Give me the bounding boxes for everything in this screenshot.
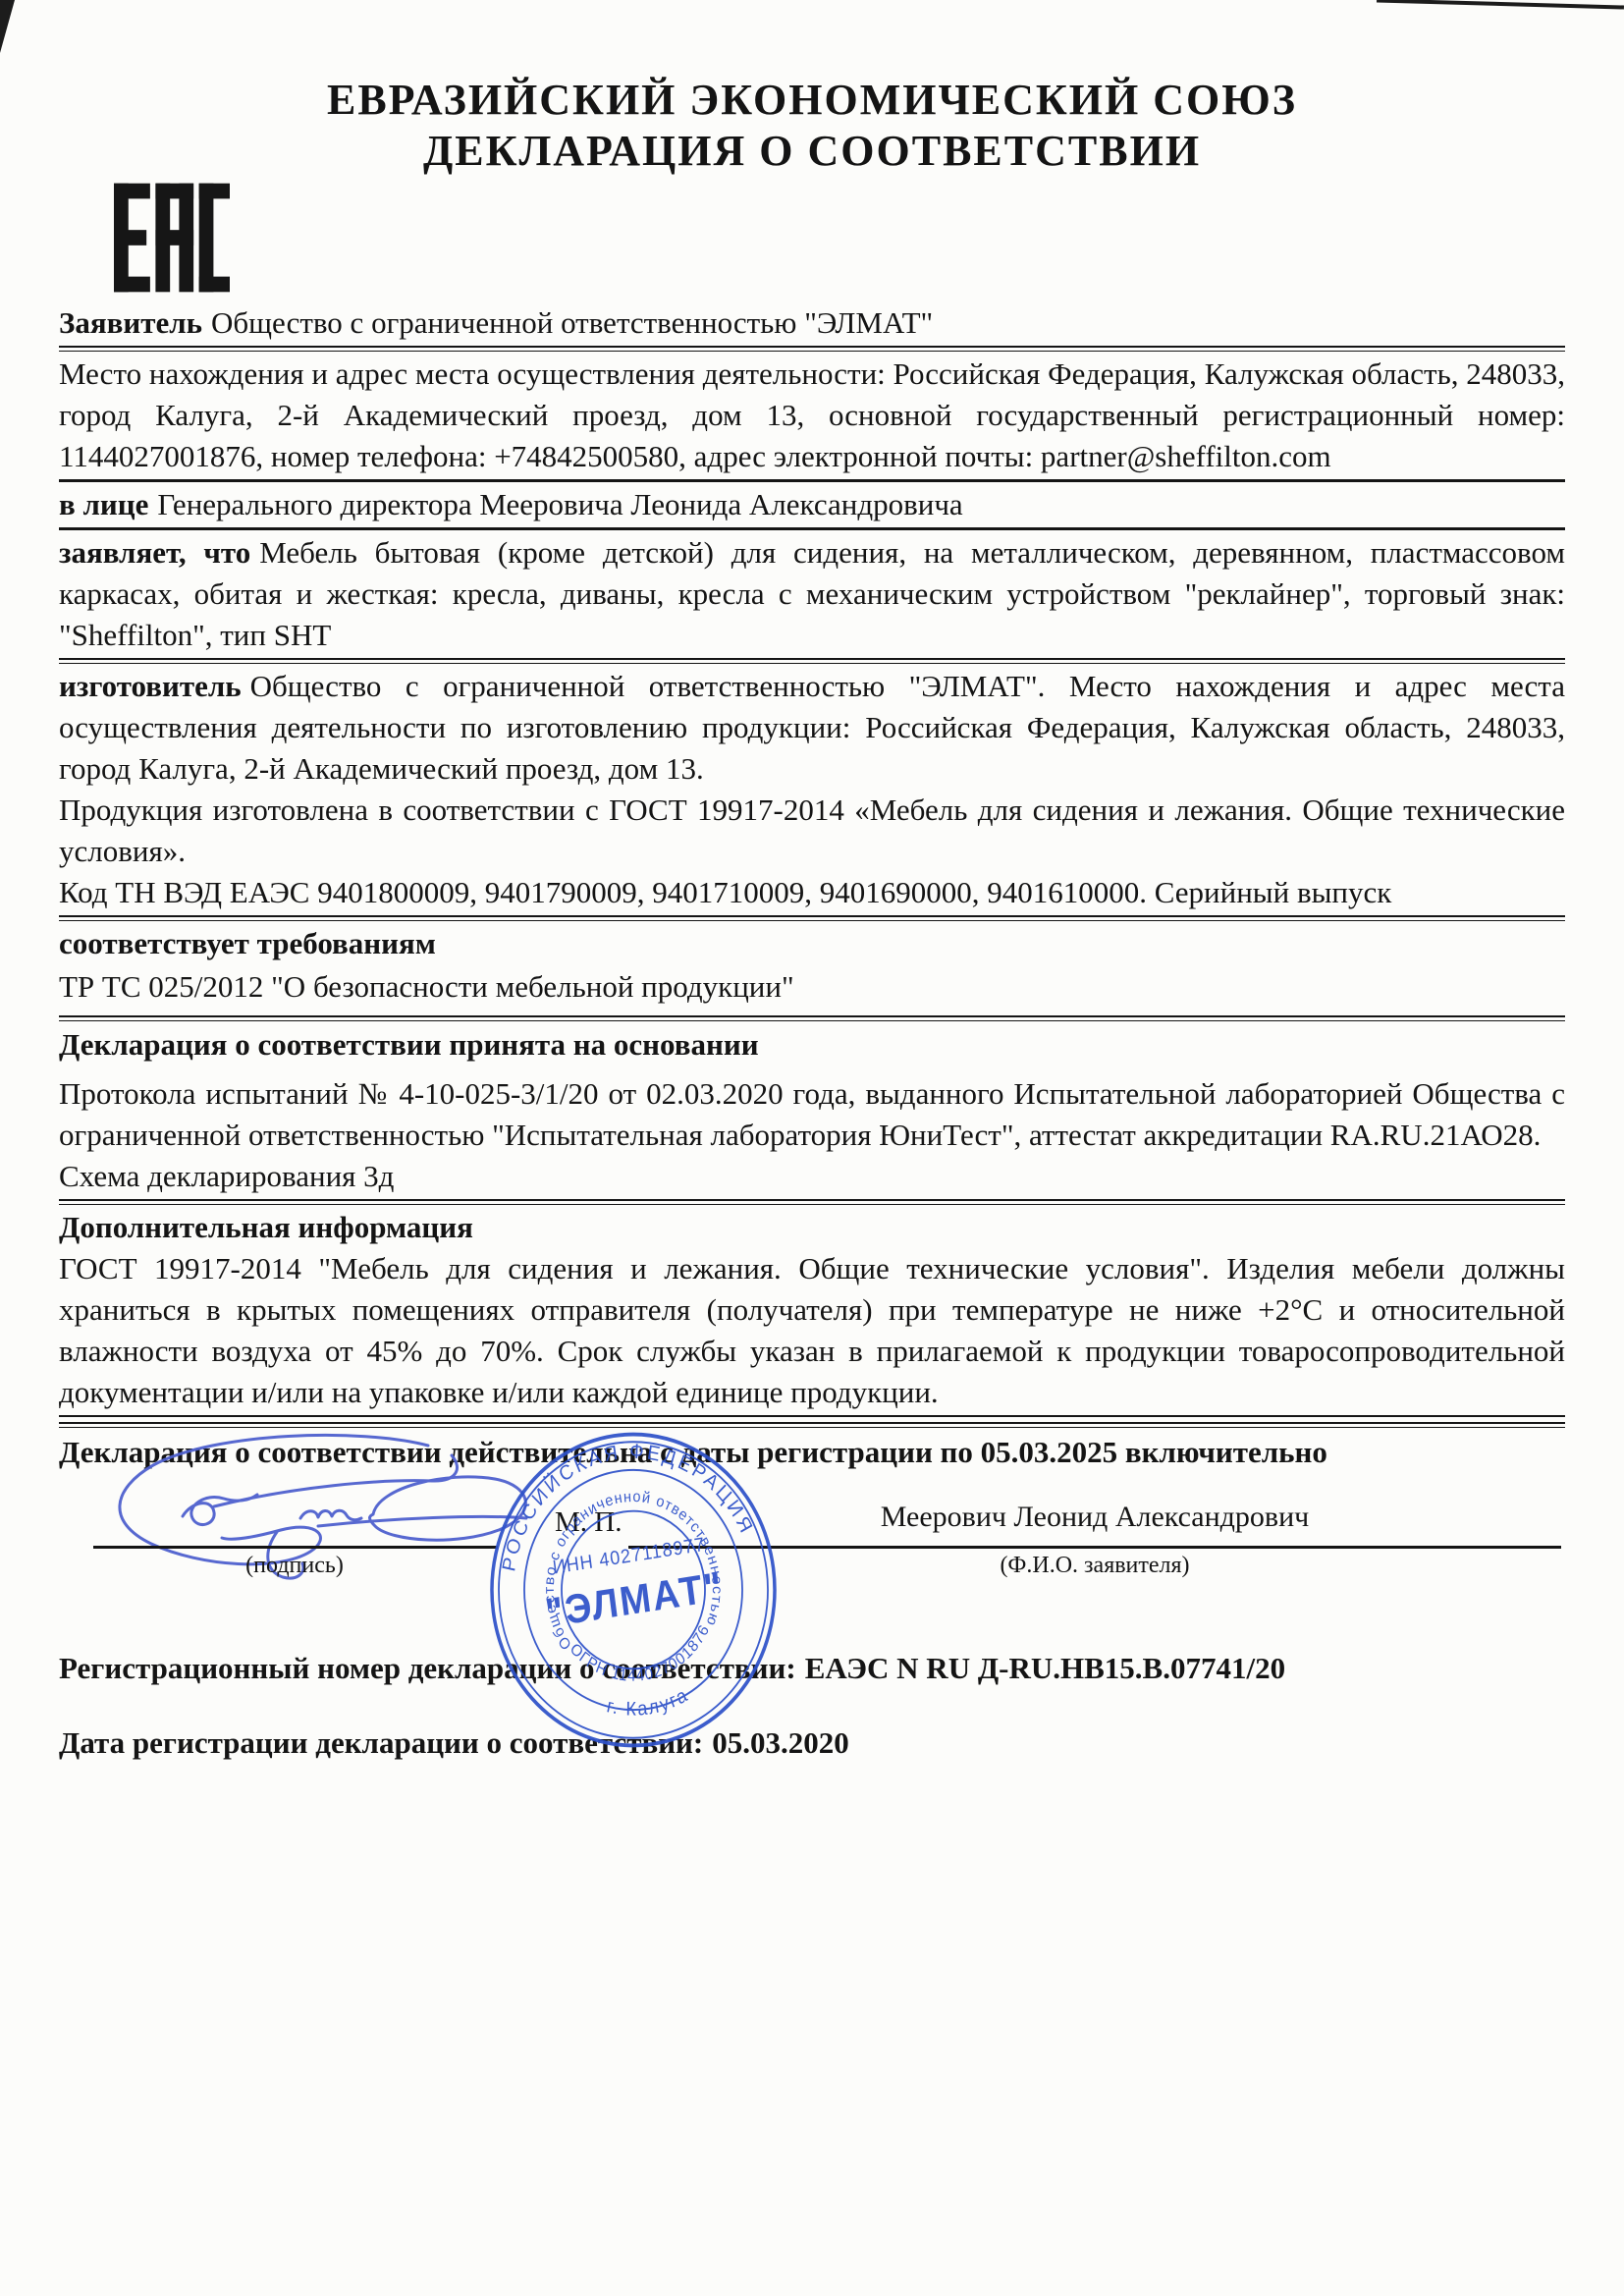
production-note: Продукция изготовлена в соответствии с Г… <box>59 790 1565 872</box>
section-divider <box>59 479 1565 482</box>
svg-text:г. Калуга: г. Калуга <box>603 1683 694 1726</box>
manufacturer-label: изготовитель <box>59 669 242 703</box>
declaration-scheme: Схема декларирования 3д <box>59 1156 1565 1197</box>
applicant-value: Общество с ограниченной ответственностью… <box>211 305 933 340</box>
registration-number-line: Регистрационный номер декларации о соотв… <box>59 1648 1565 1689</box>
complies-text: ТР ТС 025/2012 "О безопасности мебельной… <box>59 966 1565 1008</box>
person-row: в лицеГенерального директора Мееровича Л… <box>59 484 1565 525</box>
section-divider <box>59 346 1565 352</box>
section-divider <box>59 915 1565 921</box>
fio-caption: (Ф.И.О. заявителя) <box>628 1552 1561 1579</box>
paragraph-underline <box>59 1415 1565 1417</box>
registration-number-value: ЕАЭС N RU Д-RU.НВ15.В.07741/20 <box>805 1651 1285 1685</box>
section-divider <box>59 1422 1565 1428</box>
header-line-declaration: ДЕКЛАРАЦИЯ О СООТВЕТСТВИИ <box>59 126 1565 177</box>
declaration-document: ЕВРАЗИЙСКИЙ ЭКОНОМИЧЕСКИЙ СОЮЗ ДЕКЛАРАЦИ… <box>0 0 1624 2296</box>
declares-paragraph: заявляет, чтоМебель бытовая (кроме детск… <box>59 532 1565 656</box>
declares-label: заявляет, что <box>59 535 250 570</box>
registration-date-line: Дата регистрации декларации о соответств… <box>59 1722 1565 1764</box>
mp-mark: М. П. <box>555 1506 622 1539</box>
scan-artifact-corner <box>0 0 15 53</box>
document-content: ЕВРАЗИЙСКИЙ ЭКОНОМИЧЕСКИЙ СОЮЗ ДЕКЛАРАЦИ… <box>59 0 1565 1764</box>
signature-line <box>93 1546 498 1549</box>
company-stamp: РОССИЙСКАЯ ФЕДЕРАЦИЯ г. Калуга Общество … <box>486 1428 781 1752</box>
applicant-row: ЗаявительОбщество с ограниченной ответст… <box>59 302 1565 344</box>
document-header: ЕВРАЗИЙСКИЙ ЭКОНОМИЧЕСКИЙ СОЮЗ ДЕКЛАРАЦИ… <box>59 0 1565 177</box>
declares-value: Мебель бытовая (кроме детской) для сиден… <box>59 535 1565 652</box>
additional-text: ГОСТ 19917-2014 "Мебель для сидения и ле… <box>59 1248 1565 1413</box>
complies-heading: соответствует требованиям <box>59 923 1565 964</box>
registration-date-value: 05.03.2020 <box>712 1725 849 1760</box>
section-divider <box>59 527 1565 530</box>
tnved-code-line: Код ТН ВЭД ЕАЭС 9401800009, 9401790009, … <box>59 872 1565 913</box>
manufacturer-paragraph: изготовительОбщество с ограниченной отве… <box>59 666 1565 790</box>
basis-heading: Декларация о соответствии принята на осн… <box>59 1024 1565 1066</box>
eac-logo <box>114 183 230 293</box>
header-line-union: ЕВРАЗИЙСКИЙ ЭКОНОМИЧЕСКИЙ СОЮЗ <box>59 75 1565 126</box>
registration-number-label: Регистрационный номер декларации о соотв… <box>59 1651 796 1685</box>
address-paragraph: Место нахождения и адрес места осуществл… <box>59 354 1565 477</box>
additional-heading: Дополнительная информация <box>59 1207 1565 1248</box>
manufacturer-value: Общество с ограниченной ответственностью… <box>59 669 1565 786</box>
validity-line: Декларация о соответствии действительна … <box>59 1432 1565 1473</box>
registration-date-label: Дата регистрации декларации о соответств… <box>59 1725 703 1760</box>
fio-line <box>628 1546 1561 1549</box>
stamp-text-city: г. Калуга <box>603 1683 694 1726</box>
signature-caption: (подпись) <box>177 1552 412 1579</box>
section-divider <box>59 1015 1565 1021</box>
section-divider <box>59 1199 1565 1205</box>
person-value: Генерального директора Мееровича Леонида… <box>157 487 962 521</box>
person-label: в лице <box>59 487 148 521</box>
signature-block: М. П. (подпись) Меерович Леонид Александ… <box>59 1473 1565 1642</box>
section-divider <box>59 658 1565 664</box>
basis-text: Протокола испытаний № 4-10-025-3/1/20 от… <box>59 1073 1565 1156</box>
applicant-label: Заявитель <box>59 305 202 340</box>
fio-name: Меерович Леонид Александрович <box>628 1501 1561 1534</box>
